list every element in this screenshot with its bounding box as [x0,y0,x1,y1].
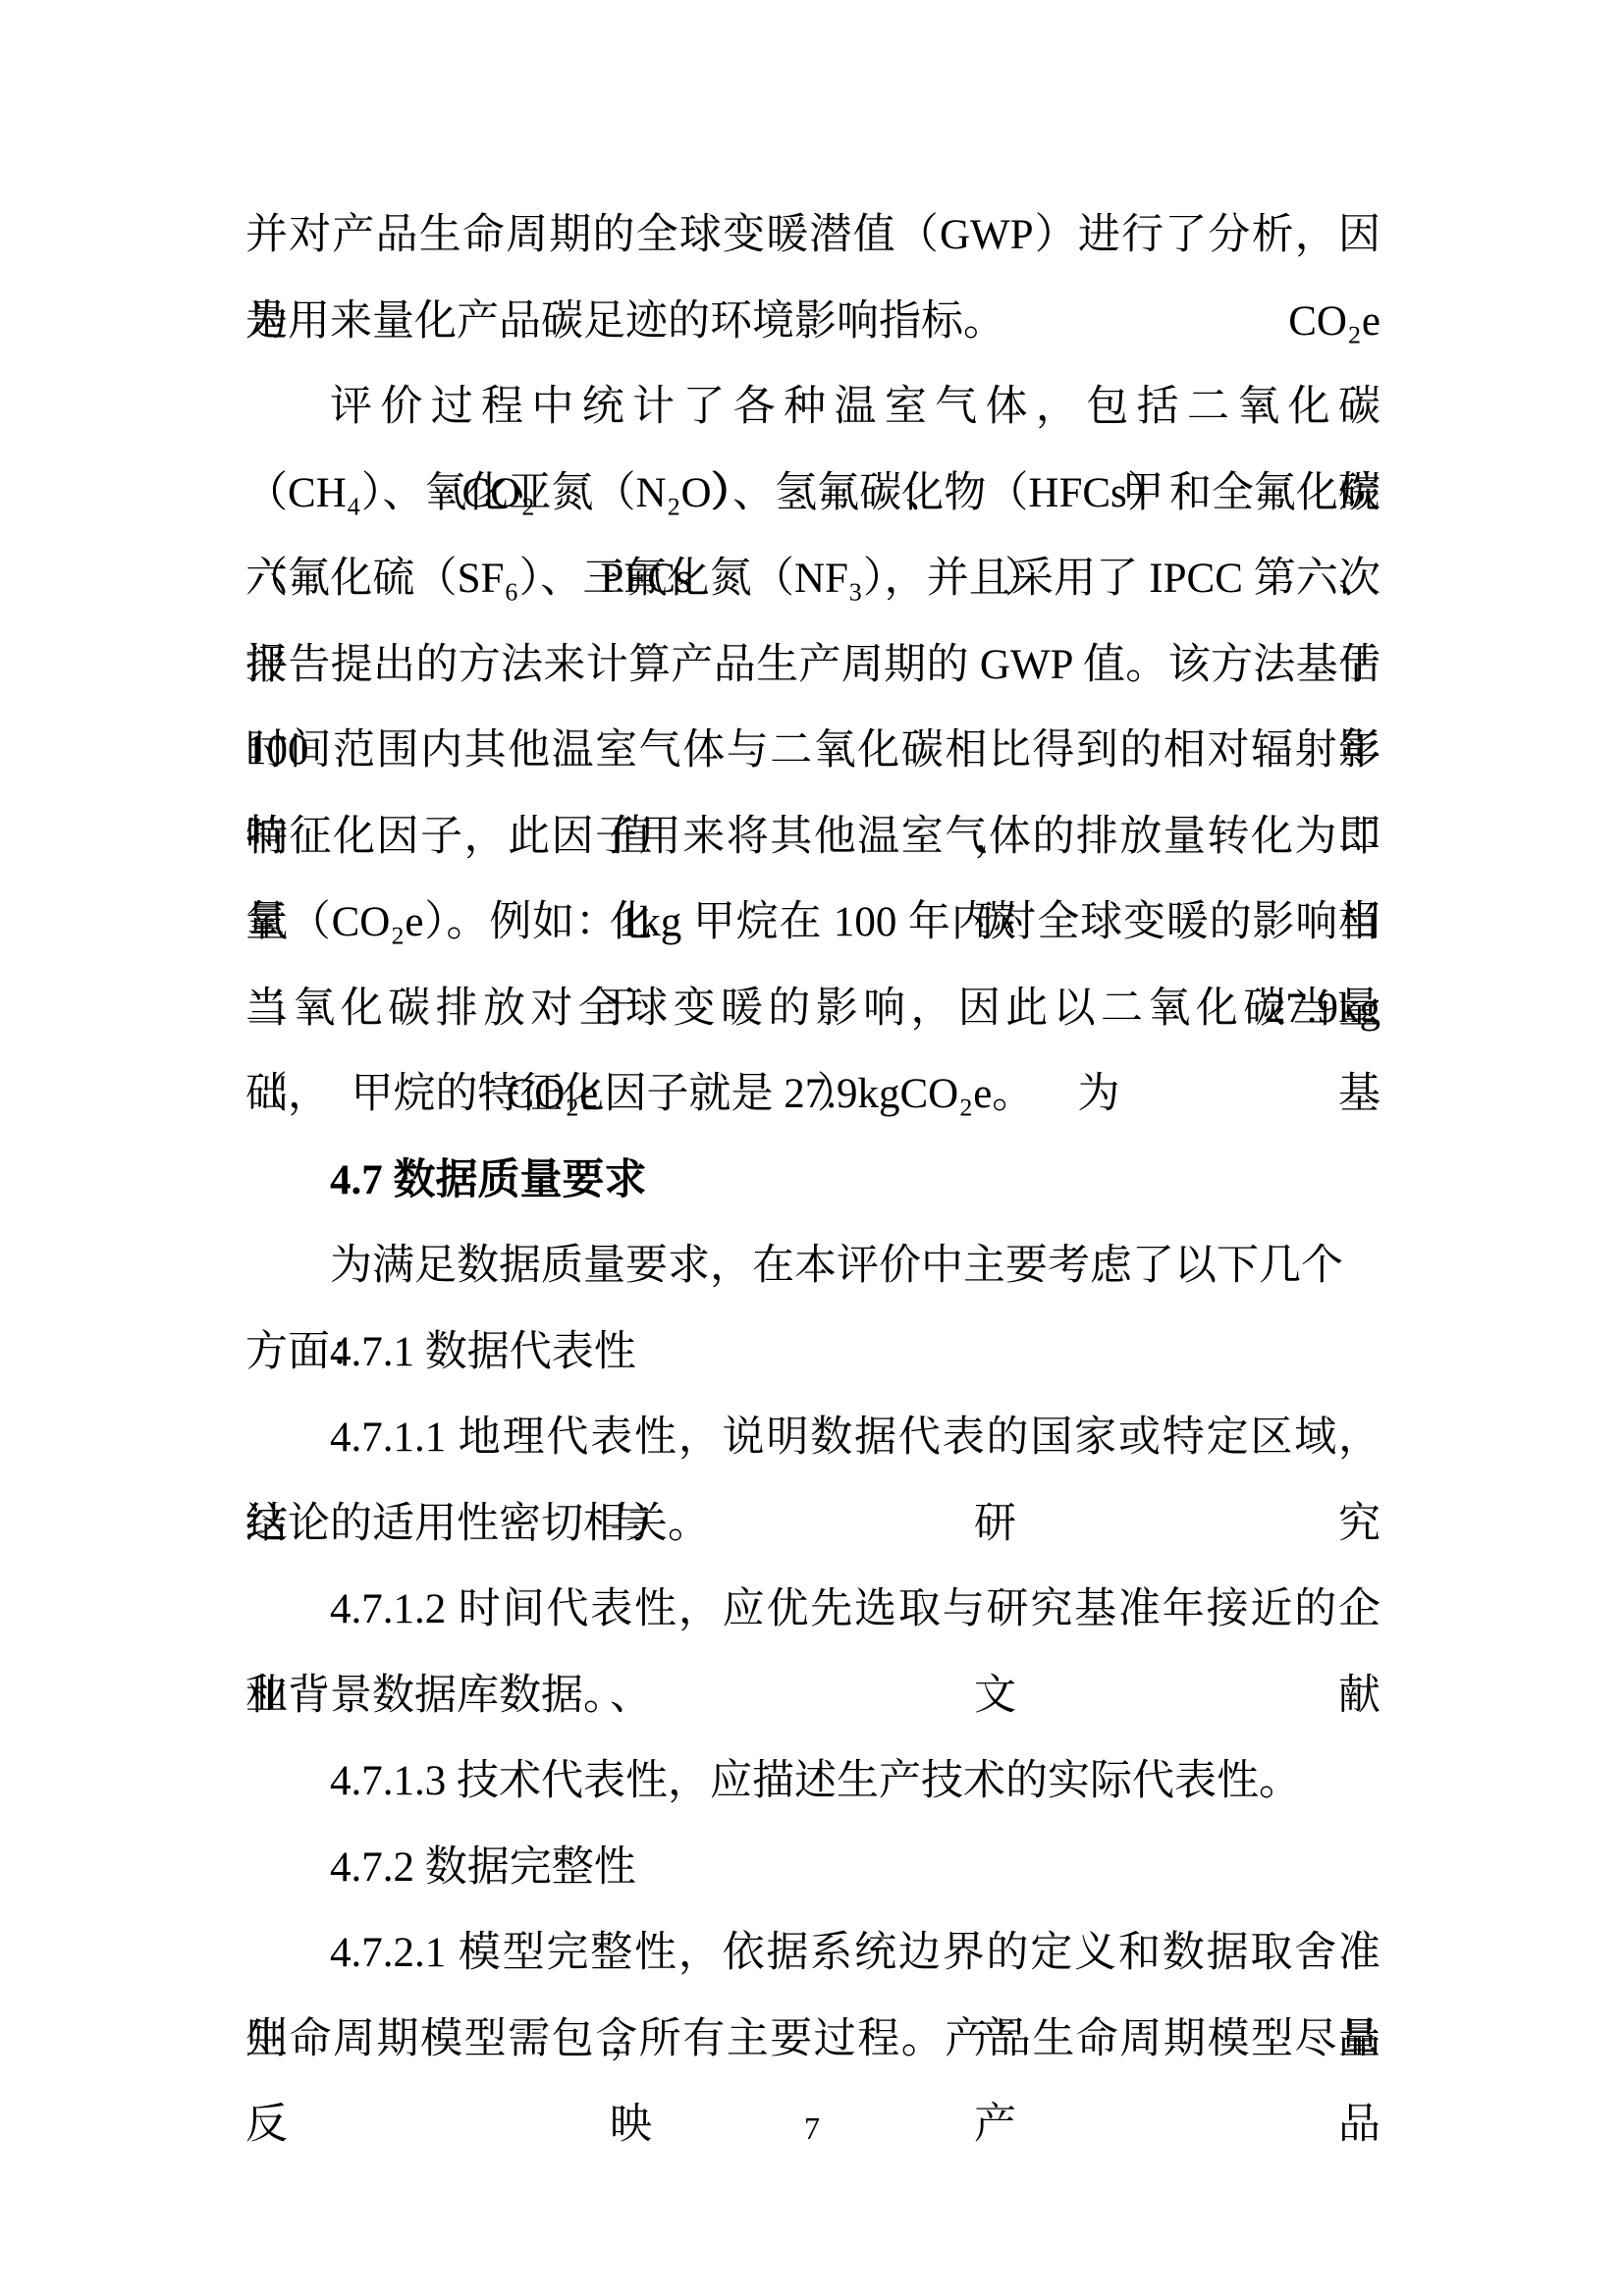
subsection-4-7-1: 4.7.1 数据代表性 [245,1309,1380,1396]
text-line: 时间范围内其他温室气体与二氧化碳相比得到的相对辐射影响值，即 [245,708,1380,794]
text-line: 生命周期模型需包含所有主要过程。产品生命周期模型尽量反映产品 [245,1997,1380,2083]
text-line: （CH₄）、氧化亚氮（N₂O）、氢氟碳化物（HFCs）和全氟化碳（PFCs）、 [245,451,1380,537]
page-body-text: 并对产品生命周期的全球变暖潜值（GWP）进行了分析，因为 CO₂e 是用来量化产… [245,192,1380,2082]
text-line: 评价过程中统计了各种温室气体，包括二氧化碳（CO₂）、甲烷 [245,364,1380,451]
text-line: 报告提出的方法来计算产品生产周期的 GWP 值。该方法基于 100 年 [245,622,1380,709]
text-line: 为满足数据质量要求，在本评价中主要考虑了以下几个方面： [245,1223,1380,1309]
text-line: 六氟化硫（SF₆）、三氟化氮（NF₃），并且采用了 IPCC 第六次评估 [245,536,1380,622]
text-line: 二氧化碳排放对全球变暖的影响，因此以二氧化碳当量（CO₂e）为基 [245,966,1380,1052]
subsection-4-7-2: 4.7.2 数据完整性 [245,1825,1380,1911]
text-line: 4.7.2.1 模型完整性，依据系统边界的定义和数据取舍准则，产品 [245,1910,1380,1997]
text-line: 特征化因子，此因子用来将其他温室气体的排放量转化为二氧化碳当 [245,794,1380,881]
text-line: 4.7.1.3 技术代表性，应描述生产技术的实际代表性。 [245,1738,1380,1825]
page-number: 7 [0,2109,1624,2148]
text-line: 并对产品生命周期的全球变暖潜值（GWP）进行了分析，因为 CO₂e [245,192,1380,279]
text-line: 4.7.1.1 地理代表性，说明数据代表的国家或特定区域，这与研究 [245,1395,1380,1481]
document-page: 并对产品生命周期的全球变暖潜值（GWP）进行了分析，因为 CO₂e 是用来量化产… [0,0,1624,2296]
text-line: 4.7.1.2 时间代表性，应优先选取与研究基准年接近的企业、文献 [245,1567,1380,1653]
text-line: 量（CO₂e）。例如：1kg 甲烷在 100 年内对全球变暖的影响相当于 27.… [245,880,1380,966]
section-heading-4-7: 4.7 数据质量要求 [245,1138,1380,1224]
